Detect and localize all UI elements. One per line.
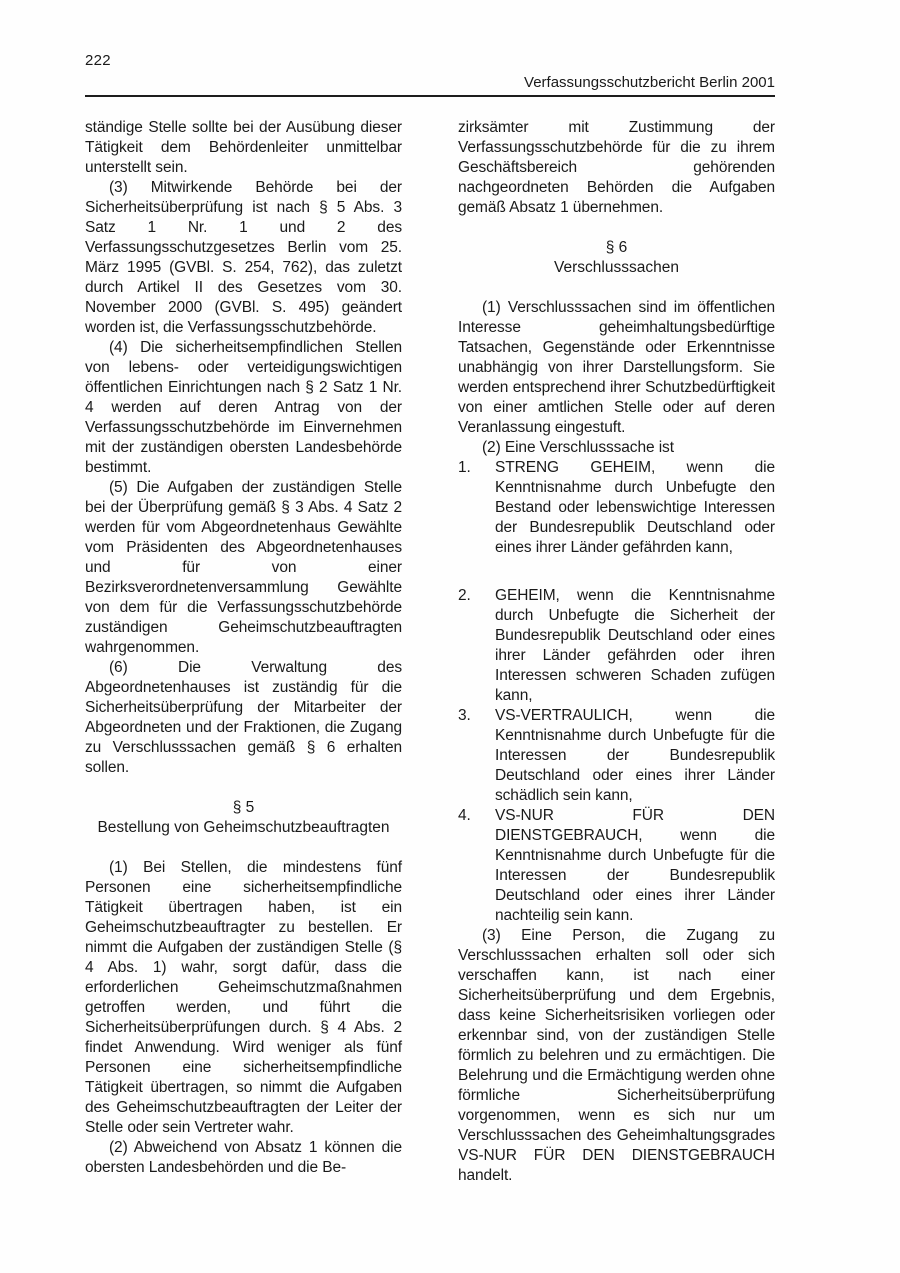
paragraph-s5-abs2-continuation: zirksämter mit Zustimmung der Verfassung…	[458, 118, 775, 218]
header-rule	[85, 95, 775, 97]
classification-list: 1. STRENG GEHEIM, wenn die Kenntnisnahme…	[458, 458, 775, 926]
document-page: 222 Verfassungsschutzbericht Berlin 2001…	[0, 0, 900, 1273]
section-heading-6: § 6 Verschlusssachen	[458, 238, 775, 278]
paragraph-s5-abs2-start: (2) Abweichend von Absatz 1 können die o…	[85, 1138, 402, 1178]
two-column-body: ständige Stelle sollte bei der Ausübung …	[85, 118, 775, 1186]
list-item-streng-geheim: 1. STRENG GEHEIM, wenn die Kenntnisnahme…	[458, 458, 775, 558]
section-heading-5: § 5 Bestellung von Geheimschutzbeauftrag…	[85, 798, 402, 838]
header-title: Verfassungsschutzbericht Berlin 2001	[85, 74, 775, 92]
page-header: 222 Verfassungsschutzbericht Berlin 2001	[85, 52, 775, 97]
paragraph-abs4: (4) Die sicherheitsempfindlichen Stellen…	[85, 338, 402, 478]
paragraph-s6-abs1: (1) Verschlusssachen sind im öffentliche…	[458, 298, 775, 438]
list-item-number: 3.	[458, 706, 495, 806]
list-item-vs-nfd: 4. VS-NUR FÜR DEN DIENSTGEBRAUCH, wenn d…	[458, 806, 775, 926]
list-item-number: 4.	[458, 806, 495, 926]
list-item-text: VS-VERTRAULICH, wenn die Kenntnisnahme d…	[495, 706, 775, 806]
paragraph-continued: ständige Stelle sollte bei der Ausübung …	[85, 118, 402, 178]
list-item-number: 2.	[458, 586, 495, 706]
paragraph-abs6: (6) Die Verwaltung des Abgeordnetenhause…	[85, 658, 402, 778]
list-item-vs-vertraulich: 3. VS-VERTRAULICH, wenn die Kenntnisnahm…	[458, 706, 775, 806]
page-number: 222	[85, 52, 775, 70]
list-item-geheim: 2. GEHEIM, wenn die Kenntnisnahme durch …	[458, 586, 775, 706]
paragraph-abs5: (5) Die Aufgaben der zuständigen Stelle …	[85, 478, 402, 658]
paragraph-s6-abs3: (3) Eine Person, die Zugang zu Verschlus…	[458, 926, 775, 1186]
section-6-number: § 6	[458, 238, 775, 258]
list-item-text: VS-NUR FÜR DEN DIENSTGEBRAUCH, wenn die …	[495, 806, 775, 926]
section-5-number: § 5	[85, 798, 402, 818]
section-5-title: Bestellung von Geheimschutzbeauftragten	[85, 818, 402, 838]
paragraph-abs3: (3) Mitwirkende Behörde bei der Sicherhe…	[85, 178, 402, 338]
left-column: ständige Stelle sollte bei der Ausübung …	[85, 118, 402, 1186]
list-item-number: 1.	[458, 458, 495, 558]
list-item-text: GEHEIM, wenn die Kenntnisnahme durch Unb…	[495, 586, 775, 706]
paragraph-s6-abs2-intro: (2) Eine Verschlusssache ist	[458, 438, 775, 458]
paragraph-s5-abs1: (1) Bei Stellen, die mindestens fünf Per…	[85, 858, 402, 1138]
section-6-title: Verschlusssachen	[458, 258, 775, 278]
list-item-text: STRENG GEHEIM, wenn die Kenntnisnahme du…	[495, 458, 775, 558]
right-column: zirksämter mit Zustimmung der Verfassung…	[458, 118, 775, 1186]
